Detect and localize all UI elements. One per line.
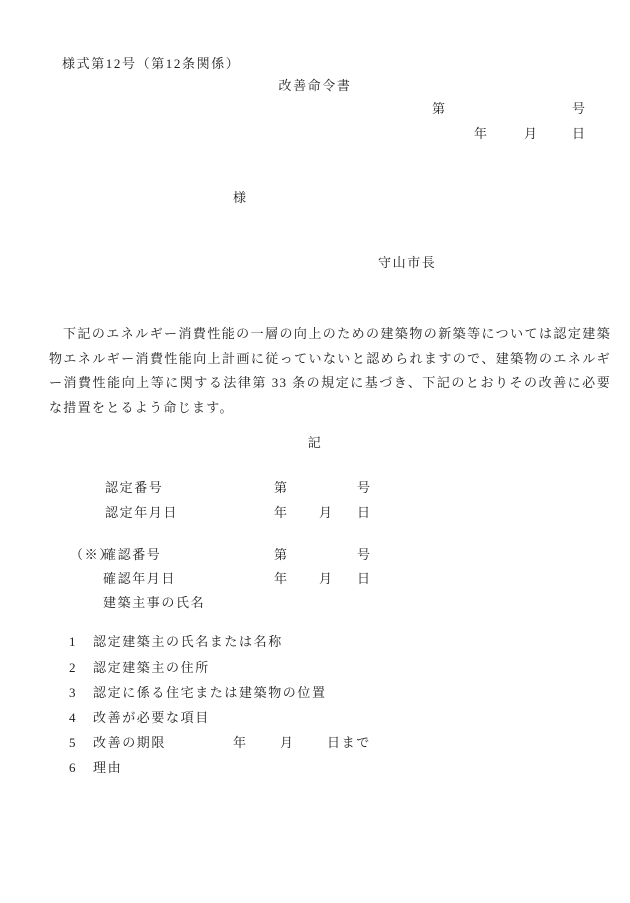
header-date-month: 月: [524, 126, 539, 142]
header-date-year: 年: [474, 126, 489, 142]
list-item-number: 4: [69, 710, 77, 726]
confirmation-number-go: 号: [357, 547, 372, 563]
list-item-label: 理由: [93, 760, 122, 776]
header-date-day: 日: [572, 126, 587, 142]
list-item-number: 1: [69, 634, 77, 650]
section-heading-ki: 記: [0, 435, 630, 451]
certification-date-day: 日: [357, 505, 372, 521]
addressee-honorific: 様: [233, 190, 248, 206]
list-item-label: 認定に係る住宅または建築物の位置: [93, 685, 327, 701]
list-item-label: 認定建築主の氏名または名称: [93, 634, 283, 650]
document-title: 改善命令書: [0, 78, 630, 94]
building-officer-label: 建築主事の氏名: [103, 595, 205, 611]
certification-date-month: 月: [319, 505, 334, 521]
document-page: 様式第12号（第12条関係） 改善命令書 第 号 年 月 日 様 守山市長 下記…: [0, 0, 630, 903]
form-number: 様式第12号（第12条関係）: [62, 56, 240, 72]
certification-date-year: 年: [274, 505, 289, 521]
certification-number-label: 認定番号: [105, 480, 163, 496]
body-paragraph: 下記のエネルギー消費性能の一層の向上のための建築物の新築等については認定建築物エ…: [49, 322, 611, 421]
list-item-label: 認定建築主の住所: [93, 660, 210, 676]
confirmation-number-dai: 第: [274, 547, 289, 563]
list-item-number: 3: [69, 685, 77, 701]
confirmation-number-label: 確認番号: [103, 547, 161, 563]
certification-number-dai: 第: [274, 480, 289, 496]
list-item-number: 5: [69, 735, 77, 751]
list-item-label: 改善が必要な項目: [93, 710, 210, 726]
confirmation-date-month: 月: [319, 571, 334, 587]
header-number-go: 号: [572, 101, 587, 117]
deadline-year: 年: [233, 735, 248, 751]
confirmation-date-year: 年: [274, 571, 289, 587]
list-item-label: 改善の期限: [93, 735, 166, 751]
list-item-number: 6: [69, 760, 77, 776]
header-number-dai: 第: [432, 101, 447, 117]
certification-date-label: 認定年月日: [105, 505, 178, 521]
confirmation-date-day: 日: [357, 571, 372, 587]
deadline-month: 月: [280, 735, 295, 751]
certification-number-go: 号: [357, 480, 372, 496]
list-item-number: 2: [69, 660, 77, 676]
sender-title: 守山市長: [378, 255, 436, 271]
confirmation-date-label: 確認年月日: [103, 571, 176, 587]
deadline-day-until: 日まで: [327, 735, 371, 751]
